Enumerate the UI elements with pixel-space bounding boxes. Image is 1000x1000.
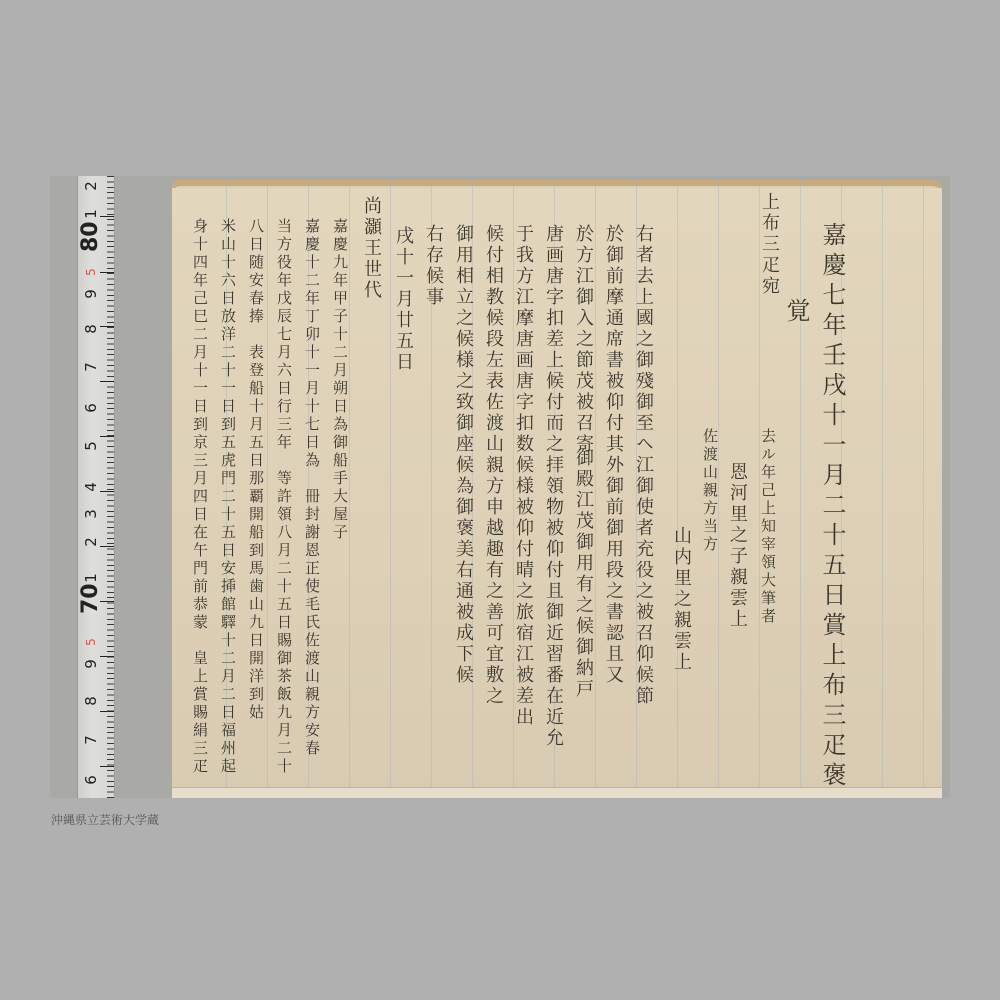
- text-column-title: 嘉慶七年壬戌十一月二十五日賞上布三疋褒書左記: [820, 222, 844, 798]
- text-column: 去ル年己上知宰領大筆者: [760, 428, 775, 626]
- ruler-label: 2: [83, 176, 99, 196]
- ruler-label: 4: [83, 477, 99, 497]
- ruler-major-tick: [100, 326, 114, 327]
- ruler-label: 7: [83, 730, 99, 750]
- ruler-label: 9: [83, 654, 99, 674]
- text-column: 御用相立之候様之致御座候為御褒美右通被成下候: [454, 224, 472, 686]
- ruler-label: 3: [83, 504, 99, 524]
- collection-credit: 沖縄県立芸術大学蔵: [51, 811, 159, 828]
- ruler-label: 9: [83, 284, 99, 304]
- text-column: 八日随安春捧 表登船十月五日那覇開船到馬歯山九日開洋到姑: [248, 218, 263, 722]
- text-column: 右者去上國之御殘御至ヘ江御使者充役之被召仰候節: [634, 224, 652, 707]
- text-column: 于我方江摩唐画唐字扣数候様被仰付晴之旅宿江被差出: [514, 224, 532, 728]
- manuscript-page: 嘉慶七年壬戌十一月二十五日賞上布三疋褒書左記 覚 上布三疋宛 去ル年己上知宰領大…: [172, 180, 942, 798]
- ruler-label: 8: [83, 691, 99, 711]
- ruler-ticks: [100, 176, 114, 798]
- ruler-major-tick: [100, 436, 114, 437]
- ruler-label: 8: [83, 319, 99, 339]
- ruler-major-tick: [100, 656, 114, 657]
- text-column-heading: 尚灝王世代: [362, 196, 380, 301]
- ruler-major-tick: [100, 546, 114, 547]
- text-column: 右存候事: [424, 224, 442, 308]
- text-column: 候付相教候段左表佐渡山親方申越趣有之善可宜敷之: [484, 224, 502, 707]
- page-bottom-edge: [172, 787, 942, 798]
- ruler-label: 5: [83, 632, 99, 652]
- measuring-ruler: 2 1 80 5 9 8 7 6 5 4 3 2 1 70 5 9 8 7 6: [77, 176, 115, 798]
- ruler-label: 7: [83, 357, 99, 377]
- ruler-label: 6: [83, 398, 99, 418]
- text-column: 御殿江茂御用有之候御納戸: [574, 448, 592, 700]
- ruler-major-tick: [100, 491, 114, 492]
- ruler-major-tick: [100, 381, 114, 382]
- ruler-major-tick: [100, 711, 114, 712]
- ruler-major-tick: [100, 272, 114, 273]
- text-column: 嘉慶十二年丁卯十一月十七日為 冊封謝恩正使毛氏佐渡山親方安春: [304, 218, 319, 758]
- text-column-date: 戌十一月廿五日: [394, 226, 412, 373]
- ruler-label: 2: [83, 532, 99, 552]
- text-column: 佐渡山親方当方: [702, 428, 717, 554]
- text-column: 唐画唐字扣差上候付而之拝領物被仰付且御近習番在近允: [544, 224, 562, 749]
- ruler-label: 6: [83, 770, 99, 790]
- text-column: 嘉慶九年甲子十二月朔日為御船手大屋子: [332, 218, 347, 542]
- ruler-label: 70: [83, 594, 99, 614]
- text-column: 身十四年己巳二月十一日到京三月四日在午門前恭蒙 皇上賞賜絹三疋: [192, 218, 207, 776]
- document-scan: 2 1 80 5 9 8 7 6 5 4 3 2 1 70 5 9 8 7 6 …: [50, 176, 950, 798]
- text-column-heading: 覚: [784, 298, 808, 328]
- text-column: 米山十六日放洋二十一日到五虎門二十五日安揷館驛十二月二日福州起: [220, 218, 235, 776]
- text-column: 於御前摩通席書被仰付其外御前御用段之書認且又: [604, 224, 622, 686]
- text-column: 上布三疋宛: [760, 192, 778, 297]
- ruler-label: 80: [83, 232, 99, 252]
- ruler-label: 5: [83, 262, 99, 282]
- text-column: 恩河里之子親雲上: [728, 462, 746, 630]
- text-column: 当方役年戊辰七月六日行三年 等許領八月二十五日賜御茶飯九月二十: [276, 218, 291, 776]
- ruler-label: 5: [83, 436, 99, 456]
- ruler-major-tick: [100, 216, 114, 217]
- text-column: 山内里之親雲上: [672, 526, 690, 673]
- ruler-major-tick: [100, 766, 114, 767]
- text-column: 於方江御入之節茂被召寄: [574, 224, 592, 455]
